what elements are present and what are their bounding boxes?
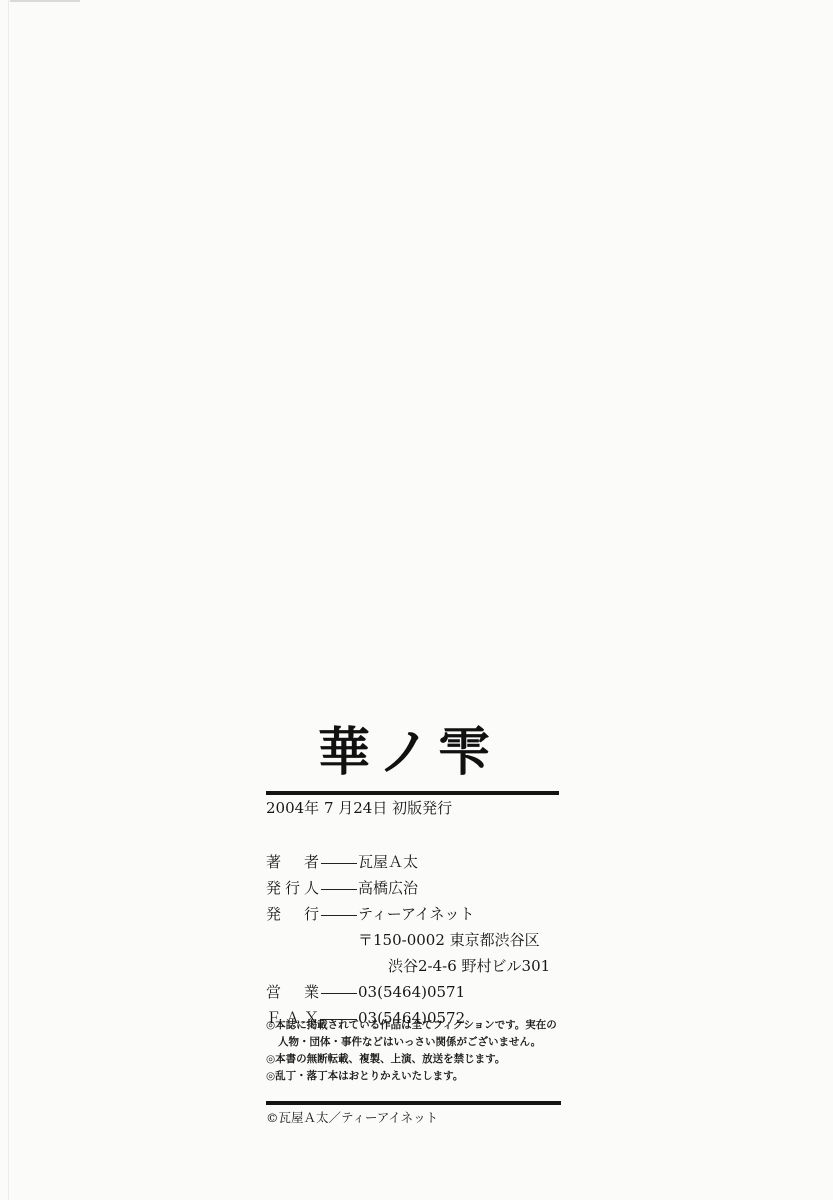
book-title: 華ノ雫 (318, 718, 518, 788)
credit-value: ティーアイネット (358, 901, 475, 927)
notice-misprint: ◎乱丁・落丁本はおとりかえいたします。 (266, 1068, 566, 1085)
title-rule (266, 791, 559, 795)
notice-fiction-continuation: 人物・団体・事件などはいっさい関係がございません。 (266, 1034, 566, 1051)
address-line-1: 〒150-0002 東京都渋谷区 (266, 927, 566, 953)
notice-fiction: ◎本誌に掲載されている作品は全てフィクションです。実在の (266, 1017, 566, 1034)
notice-reproduction: ◎本書の無断転載、複製、上演、放送を禁じます。 (266, 1051, 566, 1068)
credits-block: 著 者瓦屋Ａ太 発行人高橋広治 発 行ティーアイネット 〒150-0002 東京… (266, 849, 566, 1031)
scan-edge-mark (10, 0, 80, 2)
credit-value: 高橋広治 (358, 875, 418, 901)
contact-label: 営 業 (266, 979, 319, 1005)
credit-label: 発 行 (266, 901, 319, 927)
copyright-line: ©瓦屋Ａ太／ティーアイネット (266, 1107, 438, 1129)
credit-row-author: 著 者瓦屋Ａ太 (266, 849, 566, 875)
contact-row-sales: 営 業03(5464)0571 (266, 979, 566, 1005)
dash-separator (321, 889, 357, 890)
credit-row-publisher: 発 行ティーアイネット (266, 901, 566, 927)
copyright-rule (266, 1101, 561, 1105)
dash-separator (321, 863, 357, 864)
dash-separator (321, 993, 357, 994)
dash-separator (321, 915, 357, 916)
contact-value: 03(5464)0571 (358, 979, 465, 1005)
page-edge-line (8, 0, 9, 1200)
credit-label: 発行人 (266, 875, 319, 901)
notices-block: ◎本誌に掲載されている作品は全てフィクションです。実在の 人物・団体・事件などは… (266, 1017, 566, 1085)
publication-date: 2004年 7 月24日 初版発行 (266, 798, 452, 818)
credit-row-publisher-person: 発行人高橋広治 (266, 875, 566, 901)
credit-value: 瓦屋Ａ太 (358, 849, 418, 875)
address-line-2: 渋谷2-4-6 野村ビル301 (266, 953, 566, 979)
credit-label: 著 者 (266, 849, 319, 875)
